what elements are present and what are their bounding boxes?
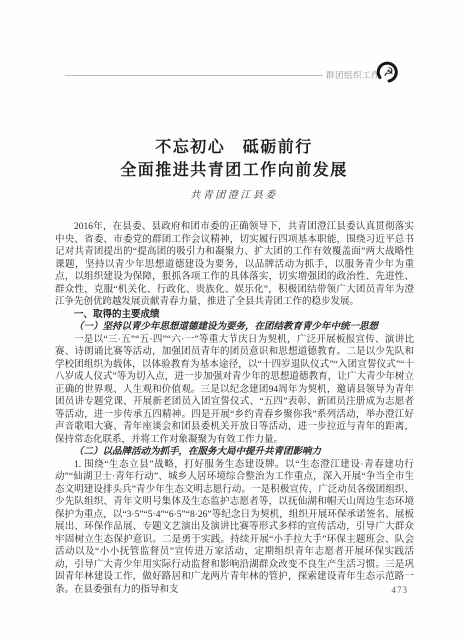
paragraph-intro: 2016年，在县委、县政府和团市委的正确领导下，共青团澄江县委认真贯彻落实中央、… <box>55 221 414 309</box>
paragraph-ecology: 1. 围绕“生态立县”战略，打好服务生态建设牌。以“生态澄江建设·青春建功行动”… <box>55 459 414 597</box>
article-body: 2016年，在县委、县政府和团市委的正确领导下，共青团澄江县委认真贯彻落实中央、… <box>55 221 414 596</box>
party-emblem-icon: ☭ <box>376 60 400 84</box>
article-title-line-2: 全面推进共青团工作向前发展 <box>0 157 468 180</box>
section-heading-achievements: 一、取得的主要成绩 <box>55 309 414 322</box>
article-title-line-1: 不忘初心 砥砺前行 <box>0 134 468 157</box>
header-rule <box>65 75 323 76</box>
page-number: 473 <box>392 585 409 595</box>
subsection-heading-brand-activities: （二）以品牌活动为抓手，在服务大局中提升共青团影响力 <box>55 446 414 459</box>
subsection-heading-ideology: （一）坚持以青少年思想道德建设为要务，在团结教育青少年中统一思想 <box>55 321 414 334</box>
svg-text:☭: ☭ <box>383 65 394 79</box>
document-page: 群团组织工作 ☭ 不忘初心 砥砺前行 全面推进共青团工作向前发展 共青团澄江县委… <box>0 0 468 640</box>
paragraph-ideology: 一是以“三·五”“五·四”“六·一”等重大节庆日为契机，广泛开展板报宣传、演讲比… <box>55 334 414 447</box>
header-section-label: 群团组织工作 <box>326 69 376 81</box>
article-author: 共青团澄江县委 <box>0 186 468 201</box>
